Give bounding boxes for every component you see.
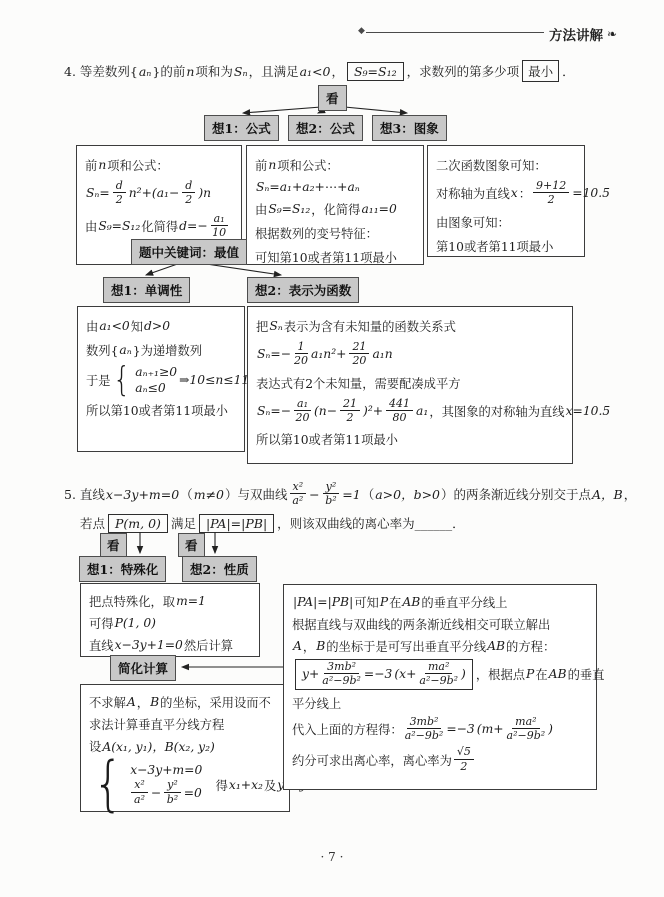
- keyword-box: 题中关键词：最值: [131, 239, 247, 265]
- solution-box-setup-not-solve: 不求解A，B的坐标，采用设而不 求法计算垂直平分线方程 设A(x₁, y₁)，B…: [80, 684, 290, 812]
- formula-line: {x−3y+m=0x²a²−y²b²=0 得x₁+x₂及y₁+y₂: [89, 759, 281, 810]
- formula-line: |PA|=|PB|可知P在AB的垂直平分线上: [292, 593, 588, 611]
- formula-line: y+3mb²a²−9b²=−3(x+ma²a²−9b²)，根据点P在AB的垂直: [292, 659, 588, 690]
- solution-box-sum-formula-2: 前n项和公式： Sₙ=a₁+a₂+⋯+aₙ 由S₉=S₁₂，化简得a₁₁=0 根…: [246, 145, 424, 265]
- formula-line: 由S₉=S₁₂，化简得a₁₁=0: [255, 200, 415, 218]
- formula-line: 表达式有2个未知量，需要配凑成平方: [256, 374, 564, 392]
- think-box-graph: 想3：图象: [372, 115, 447, 141]
- think-box-property: 想2：性质: [182, 556, 257, 582]
- formula-line: 数列{aₙ}为递增数列: [86, 341, 236, 359]
- think-box-formula-1: 想1：公式: [204, 115, 279, 141]
- think-box-formula-2: 想2：公式: [288, 115, 363, 141]
- formula-line: 把Sₙ表示为含有未知量的函数关系式: [256, 317, 564, 335]
- solution-box-property: |PA|=|PB|可知P在AB的垂直平分线上 根据直线与双曲线的两条渐近线相交可…: [283, 584, 597, 790]
- solution-box-specialize: 把点特殊化，取m=1 可得P(1, 0) 直线x−3y+1=0然后计算: [80, 583, 260, 657]
- formula-line: Sₙ=a₁+a₂+⋯+aₙ: [255, 180, 415, 194]
- formula-line: 所以第10或者第11项最小: [86, 401, 236, 419]
- look-box-3: 看: [178, 533, 205, 557]
- formula-line: 把点特殊化，取m=1: [89, 592, 251, 610]
- header-title: 方法讲解 ❧: [549, 24, 617, 44]
- formula-line: 第10或者第11项最小: [436, 237, 576, 255]
- formula-line: 根据直线与双曲线的两条渐近线相交可联立解出: [292, 615, 588, 633]
- formula-line: 约分可求出离心率，离心率为√52: [292, 746, 588, 773]
- formula-line: 由a₁<0知d>0: [86, 317, 236, 335]
- solution-box-as-function: 把Sₙ表示为含有未知量的函数关系式 Sₙ=−120a₁n²+2120a₁n 表达…: [247, 306, 573, 464]
- header-title-text: 方法讲解: [549, 24, 603, 44]
- page-number: · 7 ·: [0, 850, 664, 864]
- formula-line: 由S₉=S₁₂化简得d=−a₁10: [85, 213, 233, 240]
- formula-line: A，B的坐标于是可写出垂直平分线AB的方程：: [292, 637, 588, 655]
- formula-line: 代入上面的方程得：3mb²a²−9b²=−3(m+ma²a²−9b²): [292, 716, 588, 743]
- formula-line: Sₙ=d2n²+(a₁−d2)n: [85, 180, 233, 207]
- header-rule: [366, 32, 544, 33]
- leaf-ornament-icon: ❧: [607, 27, 617, 41]
- formula-line: 前n项和公式：: [85, 156, 233, 174]
- look-box-2: 看: [100, 533, 127, 557]
- formula-line: 二次函数图象可知：: [436, 156, 576, 174]
- simplify-box: 简化计算: [110, 655, 176, 681]
- formula-line: 所以第10或者第11项最小: [256, 430, 564, 448]
- think-box-as-function: 想2：表示为函数: [247, 277, 359, 303]
- problem-4-statement: 4. 等差数列{aₙ}的前n项和为Sₙ，且满足a₁<0，S₉=S₁₂，求数列的第…: [64, 58, 575, 84]
- formula-line: 直线x−3y+1=0然后计算: [89, 636, 251, 654]
- solution-box-monotonicity: 由a₁<0知d>0 数列{aₙ}为递增数列 于是{aₙ₊₁≥0aₙ≤0⇒10≤n…: [77, 306, 245, 452]
- formula-line: 于是{aₙ₊₁≥0aₙ≤0⇒10≤n≤11: [86, 365, 236, 395]
- formula-line: 求法计算垂直平分线方程: [89, 715, 281, 733]
- header-diamond-icon: ◆: [358, 26, 365, 36]
- scanned-textbook-page: ◆ 方法讲解 ❧ 4. 等差数列{aₙ}的前n项和为Sₙ，且满足a₁<0，S₉=…: [0, 0, 664, 897]
- look-box-1: 看: [318, 85, 347, 111]
- formula-line: 由图象可知：: [436, 213, 576, 231]
- problem-5-statement-line1: 5. 直线x−3y+m=0（m≠0）与双曲线 x²a²−y²b²=1（a>0，b…: [64, 476, 636, 512]
- formula-line: 平分线上: [292, 694, 588, 712]
- think-box-specialize: 想1：特殊化: [79, 556, 166, 582]
- formula-line: 对称轴为直线x：9+122=10.5: [436, 180, 576, 207]
- think-box-monotonicity: 想1：单调性: [103, 277, 190, 303]
- formula-line: 不求解A，B的坐标，采用设而不: [89, 693, 281, 711]
- formula-line: Sₙ=−a₁20(n−212)²+44180a₁，其图象的对称轴为直线x=10.…: [256, 398, 564, 425]
- formula-line: 可得P(1, 0): [89, 614, 251, 632]
- formula-line: 可知第10或者第11项最小: [255, 248, 415, 266]
- solution-box-quadratic-graph: 二次函数图象可知： 对称轴为直线x：9+122=10.5 由图象可知： 第10或…: [427, 145, 585, 257]
- formula-line: 前n项和公式：: [255, 156, 415, 174]
- formula-line: 根据数列的变号特征：: [255, 224, 415, 242]
- formula-line: Sₙ=−120a₁n²+2120a₁n: [256, 341, 564, 368]
- problem-5-statement-line2: 若点P(m, 0)满足|PA|=|PB|，则该双曲线的离心率为______．: [80, 512, 465, 534]
